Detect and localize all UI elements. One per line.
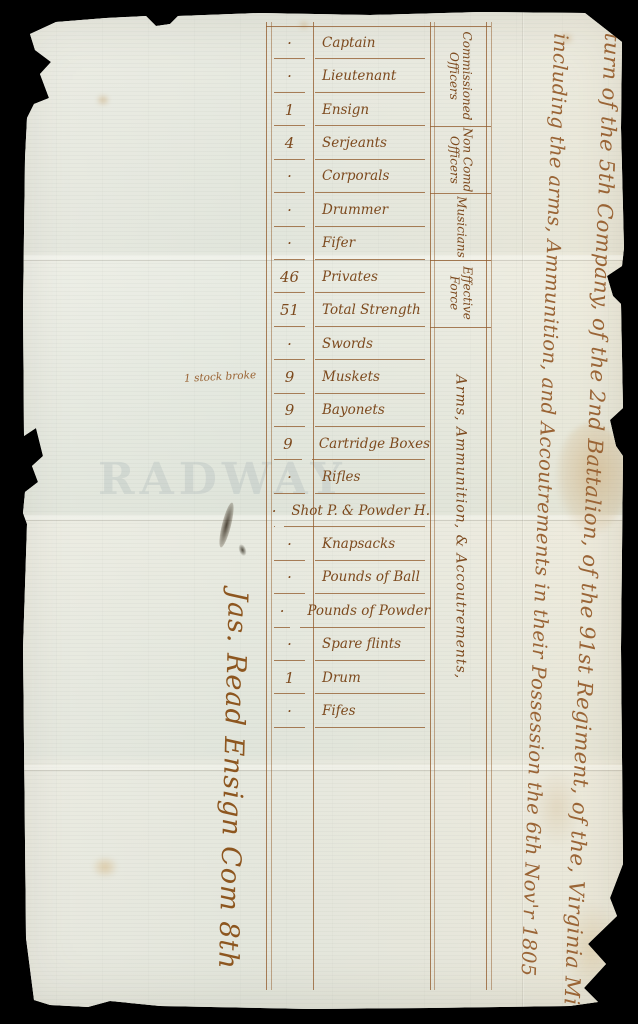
strength-value: 46 (266, 260, 313, 293)
table-row: 46Privates (266, 260, 430, 293)
return-table: ·Captain·Lieutenant1Ensign4Serjeants·Cor… (266, 26, 491, 728)
table-row: ·Fifes (266, 694, 430, 727)
group-header-cell: Non Comd Officers (434, 126, 486, 193)
strength-value: · (266, 628, 313, 661)
rank-label: Rifles (313, 460, 430, 493)
table-rows: ·Captain·Lieutenant1Ensign4Serjeants·Cor… (266, 26, 430, 728)
rank-label: Ensign (313, 93, 430, 126)
strength-value: 9 (266, 427, 310, 460)
signature-script: Jas. Read Ensign Com 8th (204, 569, 263, 990)
strength-value: 51 (266, 293, 313, 326)
strength-value: · (266, 59, 313, 92)
strength-value: 9 (266, 394, 313, 427)
group-separator-rule (430, 193, 491, 194)
group-header-label: Musicians (434, 193, 486, 260)
strength-value: · (266, 26, 313, 59)
rank-label: Total Strength (313, 293, 430, 326)
rank-label: Fifes (313, 694, 430, 727)
tear-mark (217, 502, 237, 549)
stain (96, 94, 110, 106)
strength-value: 4 (266, 126, 313, 159)
strength-value: 9 (266, 360, 313, 393)
rank-label: Drum (313, 661, 430, 694)
group-header-label: Arms, Ammunition, & Accoutrements, (434, 327, 486, 728)
strength-value: · (266, 594, 298, 627)
table-row: ·Drummer (266, 193, 430, 226)
strength-value: · (266, 460, 313, 493)
strength-value: · (266, 227, 313, 260)
rank-label: Spare flints (313, 628, 430, 661)
rank-label: Serjeants (313, 126, 430, 159)
strength-value: · (266, 527, 313, 560)
table-row: 51Total Strength (266, 293, 430, 326)
strength-value: · (266, 561, 313, 594)
group-separator-rule (430, 126, 491, 127)
table-row: ·Knapsacks (266, 527, 430, 560)
table-row: 1Ensign (266, 93, 430, 126)
paper-sheet: RADWAY ·Captain·Lieutenant1Ensign4Serjea… (10, 8, 630, 1016)
table-row: ·Rifles (266, 460, 430, 493)
stain (92, 856, 118, 878)
group-header-label: Effective Force (434, 260, 486, 327)
strength-value: 1 (266, 93, 313, 126)
group-separator-rule (430, 327, 491, 328)
rank-label: Knapsacks (313, 527, 430, 560)
rank-label: Swords (313, 327, 430, 360)
table-row: ·Pounds of Powder (266, 594, 430, 627)
table-row: 4Serjeants (266, 126, 430, 159)
strength-value: · (266, 494, 282, 527)
strength-value: 1 (266, 661, 313, 694)
rank-label: Fifer (313, 227, 430, 260)
rank-label: Shot P. & Powder H. (282, 494, 430, 527)
strength-value: · (266, 327, 313, 360)
group-separator-rule (430, 260, 491, 261)
strength-value: · (266, 694, 313, 727)
group-header-label: Non Comd Officers (434, 126, 486, 193)
group-header-cell: Commissioned Officers (434, 26, 486, 126)
rank-label: Privates (313, 260, 430, 293)
table-row: 9Cartridge Boxes (266, 427, 430, 460)
rank-label: Captain (313, 26, 430, 59)
rank-label: Muskets (313, 360, 430, 393)
rank-label: Pounds of Ball (313, 561, 430, 594)
table-group-headers: Commissioned OfficersNon Comd OfficersMu… (434, 26, 486, 728)
rank-label: Cartridge Boxes (310, 427, 430, 460)
table-rule-vertical (491, 22, 492, 990)
table-row: ·Shot P. & Powder H. (266, 494, 430, 527)
rank-label: Pounds of Powder (298, 594, 430, 627)
table-row: 9Muskets1 stock broke (266, 360, 430, 393)
marginal-note: 1 stock broke (184, 369, 257, 385)
group-header-cell: Arms, Ammunition, & Accoutrements, (434, 327, 486, 728)
rank-label: Lieutenant (313, 59, 430, 92)
table-row: ·Fifer (266, 227, 430, 260)
rank-label: Drummer (313, 193, 430, 226)
group-header-label: Commissioned Officers (434, 26, 486, 126)
table-row: ·Corporals (266, 160, 430, 193)
rank-label: Bayonets (313, 394, 430, 427)
table-row: ·Pounds of Ball (266, 561, 430, 594)
table-row: ·Lieutenant (266, 59, 430, 92)
table-row: 1Drum (266, 661, 430, 694)
table-row: 9Bayonets (266, 394, 430, 427)
ink-fleck (237, 543, 248, 557)
table-row: ·Swords (266, 327, 430, 360)
strength-value: · (266, 160, 313, 193)
table-row: ·Spare flints (266, 628, 430, 661)
photo-background: { "document": { "title_line_1": "A Retur… (0, 0, 638, 1024)
table-row: ·Captain (266, 26, 430, 59)
rank-label: Corporals (313, 160, 430, 193)
group-header-cell: Musicians (434, 193, 486, 260)
group-header-cell: Effective Force (434, 260, 486, 327)
strength-value: · (266, 193, 313, 226)
